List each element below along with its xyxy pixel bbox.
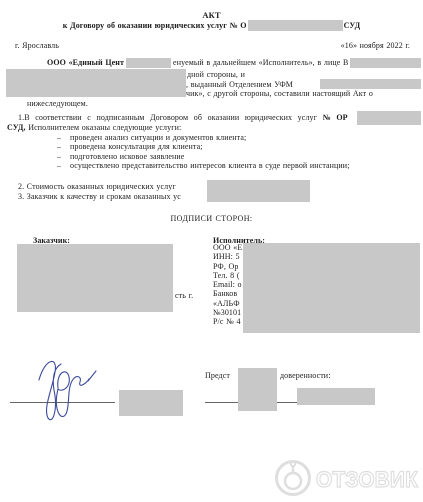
subtitle-pre: к Договору об оказании юридических услуг…: [63, 21, 247, 30]
subtitle-post: СУД: [344, 21, 361, 30]
service-item: –осуществлено представительство интересо…: [57, 161, 350, 171]
intro-line-1: ООО «Единый Цент енуемый в дальнейшем «И…: [0, 57, 421, 68]
executor-detail-line: «АЛЬФ: [213, 299, 242, 308]
intro-line-4: чик», с другой стороны, составили настоя…: [186, 89, 373, 99]
executor-detail-line: Банков: [213, 289, 242, 298]
clause-2: 2. Стоимость оказанных юридических услуг: [18, 182, 176, 192]
service-item-text: подготовлено исковое заявление: [70, 152, 184, 161]
redaction-box: [126, 58, 171, 68]
redaction-box: [238, 368, 277, 411]
executor-detail-line: РФ, Ор: [213, 262, 242, 271]
watermark-text: ОТЗОВИК: [316, 467, 418, 492]
redaction-box: [297, 388, 375, 405]
clause-1-line-2: СУД, Исполнителем оказаны следующие услу…: [7, 123, 181, 133]
company-name-fragment: ООО «Единый Цент: [47, 57, 124, 68]
otzovik-watermark: ОТЗОВИК: [266, 452, 423, 502]
otzovik-logo-icon: [277, 462, 310, 495]
executor-detail-line: №30101: [213, 308, 242, 317]
executor-detail-line: ИНН: 5: [213, 252, 242, 261]
contract-number-fragment: № ОР: [323, 113, 348, 122]
executor-detail-line: ООО «Е: [213, 243, 242, 252]
redaction-box: [248, 20, 343, 31]
representative-label-post: доверенности:: [280, 371, 331, 381]
list-dash: –: [57, 142, 70, 152]
document-page: АКТ к Договору об оказании юридических у…: [0, 0, 423, 502]
redaction-box: [350, 58, 421, 68]
intro-line-2: дной стороны, и: [187, 70, 245, 80]
doc-city: г. Ярославль: [15, 41, 59, 51]
customer-text-fragment: сть г.: [175, 291, 193, 301]
clause-1-text: 1.В соответствии с подписанным Договором…: [18, 113, 323, 122]
service-item-text: проведен анализ ситуации и документов кл…: [70, 133, 246, 142]
redaction-box: [357, 111, 421, 125]
clause-3: 3. Заказчик к качеству и срокам оказанны…: [18, 192, 181, 202]
redaction-box: [320, 79, 421, 89]
doc-subtitle: к Договору об оказании юридических услуг…: [0, 20, 423, 31]
service-item-text: осуществлено представительство интересов…: [70, 161, 350, 170]
redaction-box: [6, 69, 186, 97]
intro-line-5: нижеследующем.: [27, 99, 88, 109]
clause-1-line-1: 1.В соответствии с подписанным Договором…: [18, 113, 348, 123]
redaction-box: [17, 244, 173, 312]
list-dash: –: [57, 161, 70, 171]
contract-number-suffix: СУД,: [7, 123, 26, 132]
service-item: –проведена консультация для клиента;: [57, 142, 203, 152]
executor-detail-line: Тел. 8 (: [213, 271, 242, 280]
handwritten-signature: [25, 352, 115, 424]
redaction-box: [119, 390, 183, 416]
signatures-heading: ПОДПИСИ СТОРОН:: [0, 214, 423, 224]
service-item-text: проведена консультация для клиента;: [70, 142, 203, 151]
clause-1-continuation: Исполнителем оказаны следующие услуги:: [26, 123, 182, 132]
redaction-box: [243, 243, 420, 333]
intro-line-1-text: енуемый в дальнейшем «Исполнитель», в ли…: [173, 57, 348, 68]
executor-detail-line: Email: о: [213, 280, 242, 289]
representative-label-pre: Предст: [205, 371, 230, 381]
redaction-box: [207, 180, 310, 202]
doc-date: «16» ноября 2022 г.: [341, 41, 410, 51]
doc-title: АКТ: [0, 10, 423, 20]
executor-details: ООО «Е ИНН: 5 РФ, Ор Тел. 8 ( Email: о Б…: [213, 243, 242, 327]
executor-detail-line: Р/с № 4: [213, 317, 242, 326]
